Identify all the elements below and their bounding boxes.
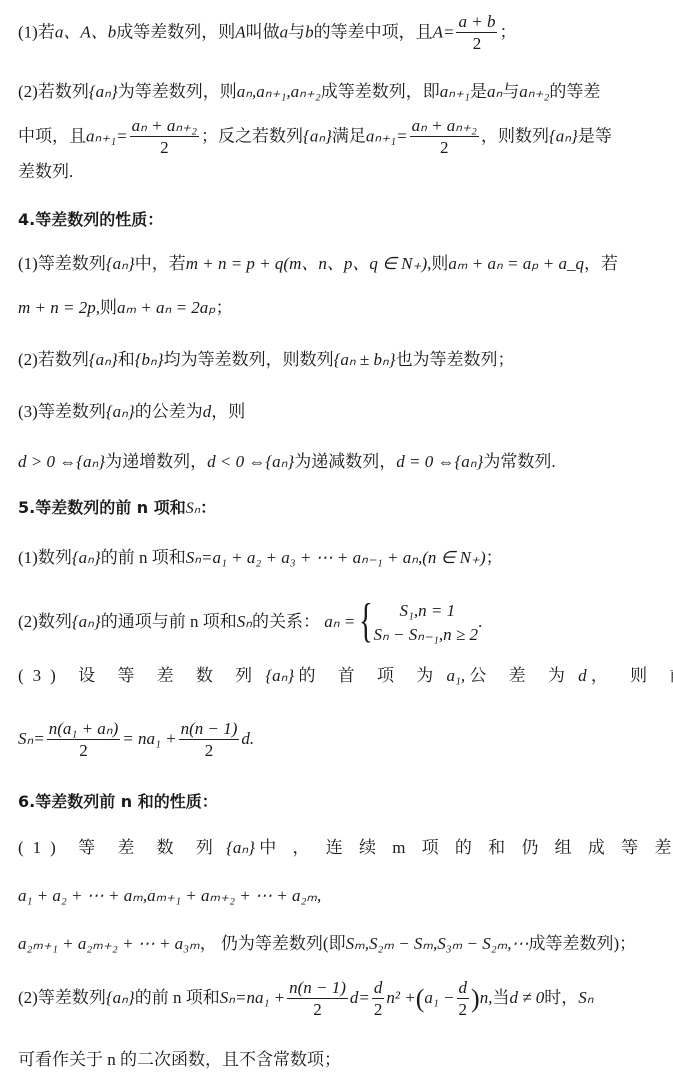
math: {aₙ} [265,452,294,471]
math: {aₙ} [89,350,118,369]
fraction: aₙ + aₙ₊₂2 [410,116,479,159]
math: a₁, [446,666,465,685]
math: {aₙ} [76,452,105,471]
denominator: 2 [179,740,240,762]
math: aₙ₊₁= [366,126,408,145]
math: A [235,22,245,41]
heading-text: 5.等差数列的前 n 项和 [18,498,186,517]
text: 公 差 为 [469,666,574,685]
text: 和 [118,350,135,369]
fraction: d2 [372,978,385,1021]
text: 当 [492,988,509,1007]
text: 与 [502,82,519,101]
text: 为等差数列，则 [118,82,237,101]
text: (3)等差数列 [18,402,106,421]
text: 满足 [332,126,366,145]
math: Sₙ= [18,729,45,748]
text: (3) 设 等 差 数 列 [18,666,261,685]
math: {aₙ} [72,612,101,631]
math: {aₙ} [106,988,135,1007]
numerator: aₙ + aₙ₊₂ [130,116,199,137]
text: ， 则 前 n 项 和 [591,666,673,685]
text: 为递增数列， [105,452,207,471]
text: 为递减数列， [294,452,396,471]
text: 成等差数列，则 [116,22,235,41]
math: aₙ₊₁ [440,82,470,101]
math: {aₙ} [106,402,135,421]
text: 与 [288,22,305,41]
math: d [578,666,587,685]
text: 也为等差数列； [396,350,515,369]
fraction: a + b2 [456,12,497,55]
math: Sₙ=na₁ + [220,988,285,1007]
fraction: n(n − 1)2 [287,978,348,1021]
denominator: 2 [372,999,385,1021]
text: 中项，且 [18,126,86,145]
text: 成等差数列，即 [321,82,440,101]
numerator: a + b [456,12,497,33]
text: (1)等差数列 [18,254,106,273]
text: 的前 n 项和 [135,988,220,1007]
section-5-item-1: (1)数列{aₙ}的前 n 项和Sₙ=a₁ + a₂ + a₃ + ⋯ + aₙ… [18,546,663,570]
section-5-item-2: (2)数列{aₙ}的通项与前 n 项和Sₙ的关系： aₙ = S₁,n = 1S… [18,592,663,652]
math: a₁ − [424,988,454,1007]
math: {aₙ} [89,82,118,101]
denominator: 2 [457,999,470,1021]
text: ,则 [96,298,117,317]
item-arith-mean-2-line2: 中项，且aₙ₊₁=aₙ + aₙ₊₂2；反之若数列{aₙ}满足aₙ₊₁=aₙ +… [18,116,663,159]
heading-text: 6.等差数列前 n 和的性质： [18,792,218,811]
text: 为常数列. [483,452,555,471]
text: 是 [470,82,487,101]
math: Sₙ=a₁ + a₂ + a₃ + ⋯ + aₙ₋₁ + aₙ,(n ∈ N₊) [186,548,486,567]
text: 可看作关于 n 的二次函数，且不含常数项； [18,1050,341,1069]
text: 是等 [578,126,612,145]
case-1: S₁,n = 1 [373,599,477,623]
math: d > 0 ⇔ [18,452,76,471]
text: . [478,612,482,631]
section-6-item-1-line1: (1) 等 差 数 列 {aₙ} 中 ， 连 续 m 项 的 和 仍 组 成 等… [18,836,663,860]
text: 均为等差数列，则数列 [164,350,334,369]
item-arith-mean-2-line1: (2)若数列{aₙ}为等差数列，则aₙ,aₙ₊₁,aₙ₊₂成等差数列，即aₙ₊₁… [18,80,663,104]
text: ， 仍为等差数列(即 [200,934,346,953]
math: d = 0 ⇔ [396,452,454,471]
math: {aₙ} [72,548,101,567]
heading-text: 4.等差数列的性质： [18,210,163,229]
section-6-item-2-line1: (2)等差数列{aₙ}的前 n 项和Sₙ=na₁ +n(n − 1)2d=d2n… [18,972,663,1025]
section-5-item-3-line2: Sₙ=n(a₁ + aₙ)2= na₁ +n(n − 1)2d. [18,714,663,764]
math: A= [433,22,455,41]
text: (2)数列 [18,612,72,631]
text: 的关系： [252,612,320,631]
math: aₙ = [324,612,355,631]
math: Sₙ [578,988,593,1007]
math: b [305,22,314,41]
case-2: Sₙ − Sₙ₋₁,n ≥ 2 [373,623,477,647]
math: a、A、b [55,22,116,41]
math: (m、n、p、q ∈ N₊) [283,254,427,273]
section-6-item-1-line3: a₂ₘ₊₁ + a₂ₘ₊₂ + ⋯ + a₃ₘ， 仍为等差数列(即Sₘ,S₂ₘ … [18,932,663,956]
text: (1)若 [18,22,55,41]
right-paren: ) [471,984,480,1013]
text: ； [499,22,516,41]
text: 叫做 [246,22,280,41]
math: {aₙ} [454,452,483,471]
text: ： [200,498,216,517]
math: d < 0 ⇔ [207,452,265,471]
math: aₙ [487,82,502,101]
denominator: 2 [410,137,479,159]
text: 的通项与前 n 项和 [101,612,237,631]
text: 时， [544,988,578,1007]
text: (1)数列 [18,548,72,567]
text: (2)若数列 [18,82,89,101]
fraction: n(a₁ + aₙ)2 [47,719,120,762]
text: 的公差为 [135,402,203,421]
math: {aₙ} [265,666,294,685]
math: m + n = 2p [18,298,96,317]
math: d. [241,729,254,748]
math: Sₙ [186,500,200,517]
numerator: d [372,978,385,999]
math: aₘ + aₙ = 2aₚ [117,298,216,317]
section-5-item-3-line1: (3) 设 等 差 数 列 {aₙ} 的 首 项 为 a₁, 公 差 为 d ，… [18,664,663,688]
math: Sₙ [237,612,252,631]
fraction: d2 [457,978,470,1021]
text: 中 ， 连 续 m 项 的 和 仍 组 成 等 差 数 列 ， 即 [259,838,673,857]
denominator: 2 [456,33,497,55]
text: 成等差数列)； [529,934,637,953]
text: 的前 n 项和 [101,548,186,567]
denominator: 2 [130,137,199,159]
numerator: n(n − 1) [287,978,348,999]
math: a₂ₘ₊₁ + a₂ₘ₊₂ + ⋯ + a₃ₘ [18,934,200,953]
math: {aₙ} [106,254,135,273]
section-5-heading: 5.等差数列的前 n 项和Sₙ： [18,496,663,521]
section-4-item-1-line2: m + n = 2p,则aₘ + aₙ = 2aₚ； [18,296,663,320]
math: {aₙ ± bₙ} [334,350,396,369]
numerator: aₙ + aₙ₊₂ [410,116,479,137]
numerator: n(n − 1) [179,719,240,740]
text: (2)若数列 [18,350,89,369]
text: 的等差 [549,82,600,101]
text: ,则 [427,254,448,273]
numerator: n(a₁ + aₙ) [47,719,120,740]
section-4-heading: 4.等差数列的性质： [18,208,663,232]
section-6-heading: 6.等差数列前 n 和的性质： [18,790,663,814]
text: 差数列. [18,162,73,181]
math: a₁ + a₂ + ⋯ + aₘ,aₘ₊₁ + aₘ₊₂ + ⋯ + a₂ₘ, [18,886,321,905]
math: aₙ₊₁= [86,126,128,145]
denominator: 2 [287,999,348,1021]
section-4-item-3-line1: (3)等差数列{aₙ}的公差为d，则 [18,400,663,424]
text: ；反之若数列 [201,126,303,145]
math: = na₁ + [122,729,176,748]
math: {aₙ} [303,126,332,145]
text: (1) 等 差 数 列 [18,838,222,857]
text: (2)等差数列 [18,988,106,1007]
math: a [280,22,289,41]
math: d ≠ 0 [509,988,544,1007]
section-6-item-2-line2: 可看作关于 n 的二次函数，且不含常数项； [18,1048,663,1072]
math: {aₙ} [226,838,255,857]
fraction: n(n − 1)2 [179,719,240,762]
piecewise-cases: S₁,n = 1Sₙ − Sₙ₋₁,n ≥ 2 [359,599,477,647]
math: d [203,402,212,421]
section-4-item-2: (2)若数列{aₙ}和{bₙ}均为等差数列，则数列{aₙ ± bₙ}也为等差数列… [18,348,663,372]
section-4-item-3-line2: d > 0 ⇔{aₙ}为递增数列，d < 0 ⇔{aₙ}为递减数列，d = 0 … [18,450,663,474]
math: aₙ,aₙ₊₁,aₙ₊₂ [237,82,321,101]
item-arith-mean-1: (1)若a、A、b成等差数列，则A叫做a与b的等差中项，且A=a + b2； [18,12,663,55]
math: aₙ₊₂ [519,82,549,101]
math: aₘ + aₙ = aₚ + a_q [448,254,584,273]
section-4-item-1-line1: (1)等差数列{aₙ}中，若m + n = p + q(m、n、p、q ∈ N₊… [18,252,663,276]
math: n² + [386,988,415,1007]
math: Sₘ,S₂ₘ − Sₘ,S₃ₘ − S₂ₘ,⋯ [346,934,529,953]
text: ，若 [584,254,618,273]
math: n, [480,988,493,1007]
math: m + n = p + q [186,254,284,273]
text: 的等差中项，且 [314,22,433,41]
item-arith-mean-2-line3: 差数列. [18,160,663,184]
math: {bₙ} [135,350,164,369]
text: ； [216,298,233,317]
fraction: aₙ + aₙ₊₂2 [130,116,199,159]
text: ，则数列 [481,126,549,145]
denominator: 2 [47,740,120,762]
text: 的 首 项 为 [298,666,442,685]
math: d= [350,988,370,1007]
math: {aₙ} [549,126,578,145]
numerator: d [457,978,470,999]
section-6-item-1-line2: a₁ + a₂ + ⋯ + aₘ,aₘ₊₁ + aₘ₊₂ + ⋯ + a₂ₘ, [18,884,663,908]
text: 中，若 [135,254,186,273]
text: ； [486,548,503,567]
text: ，则 [211,402,245,421]
